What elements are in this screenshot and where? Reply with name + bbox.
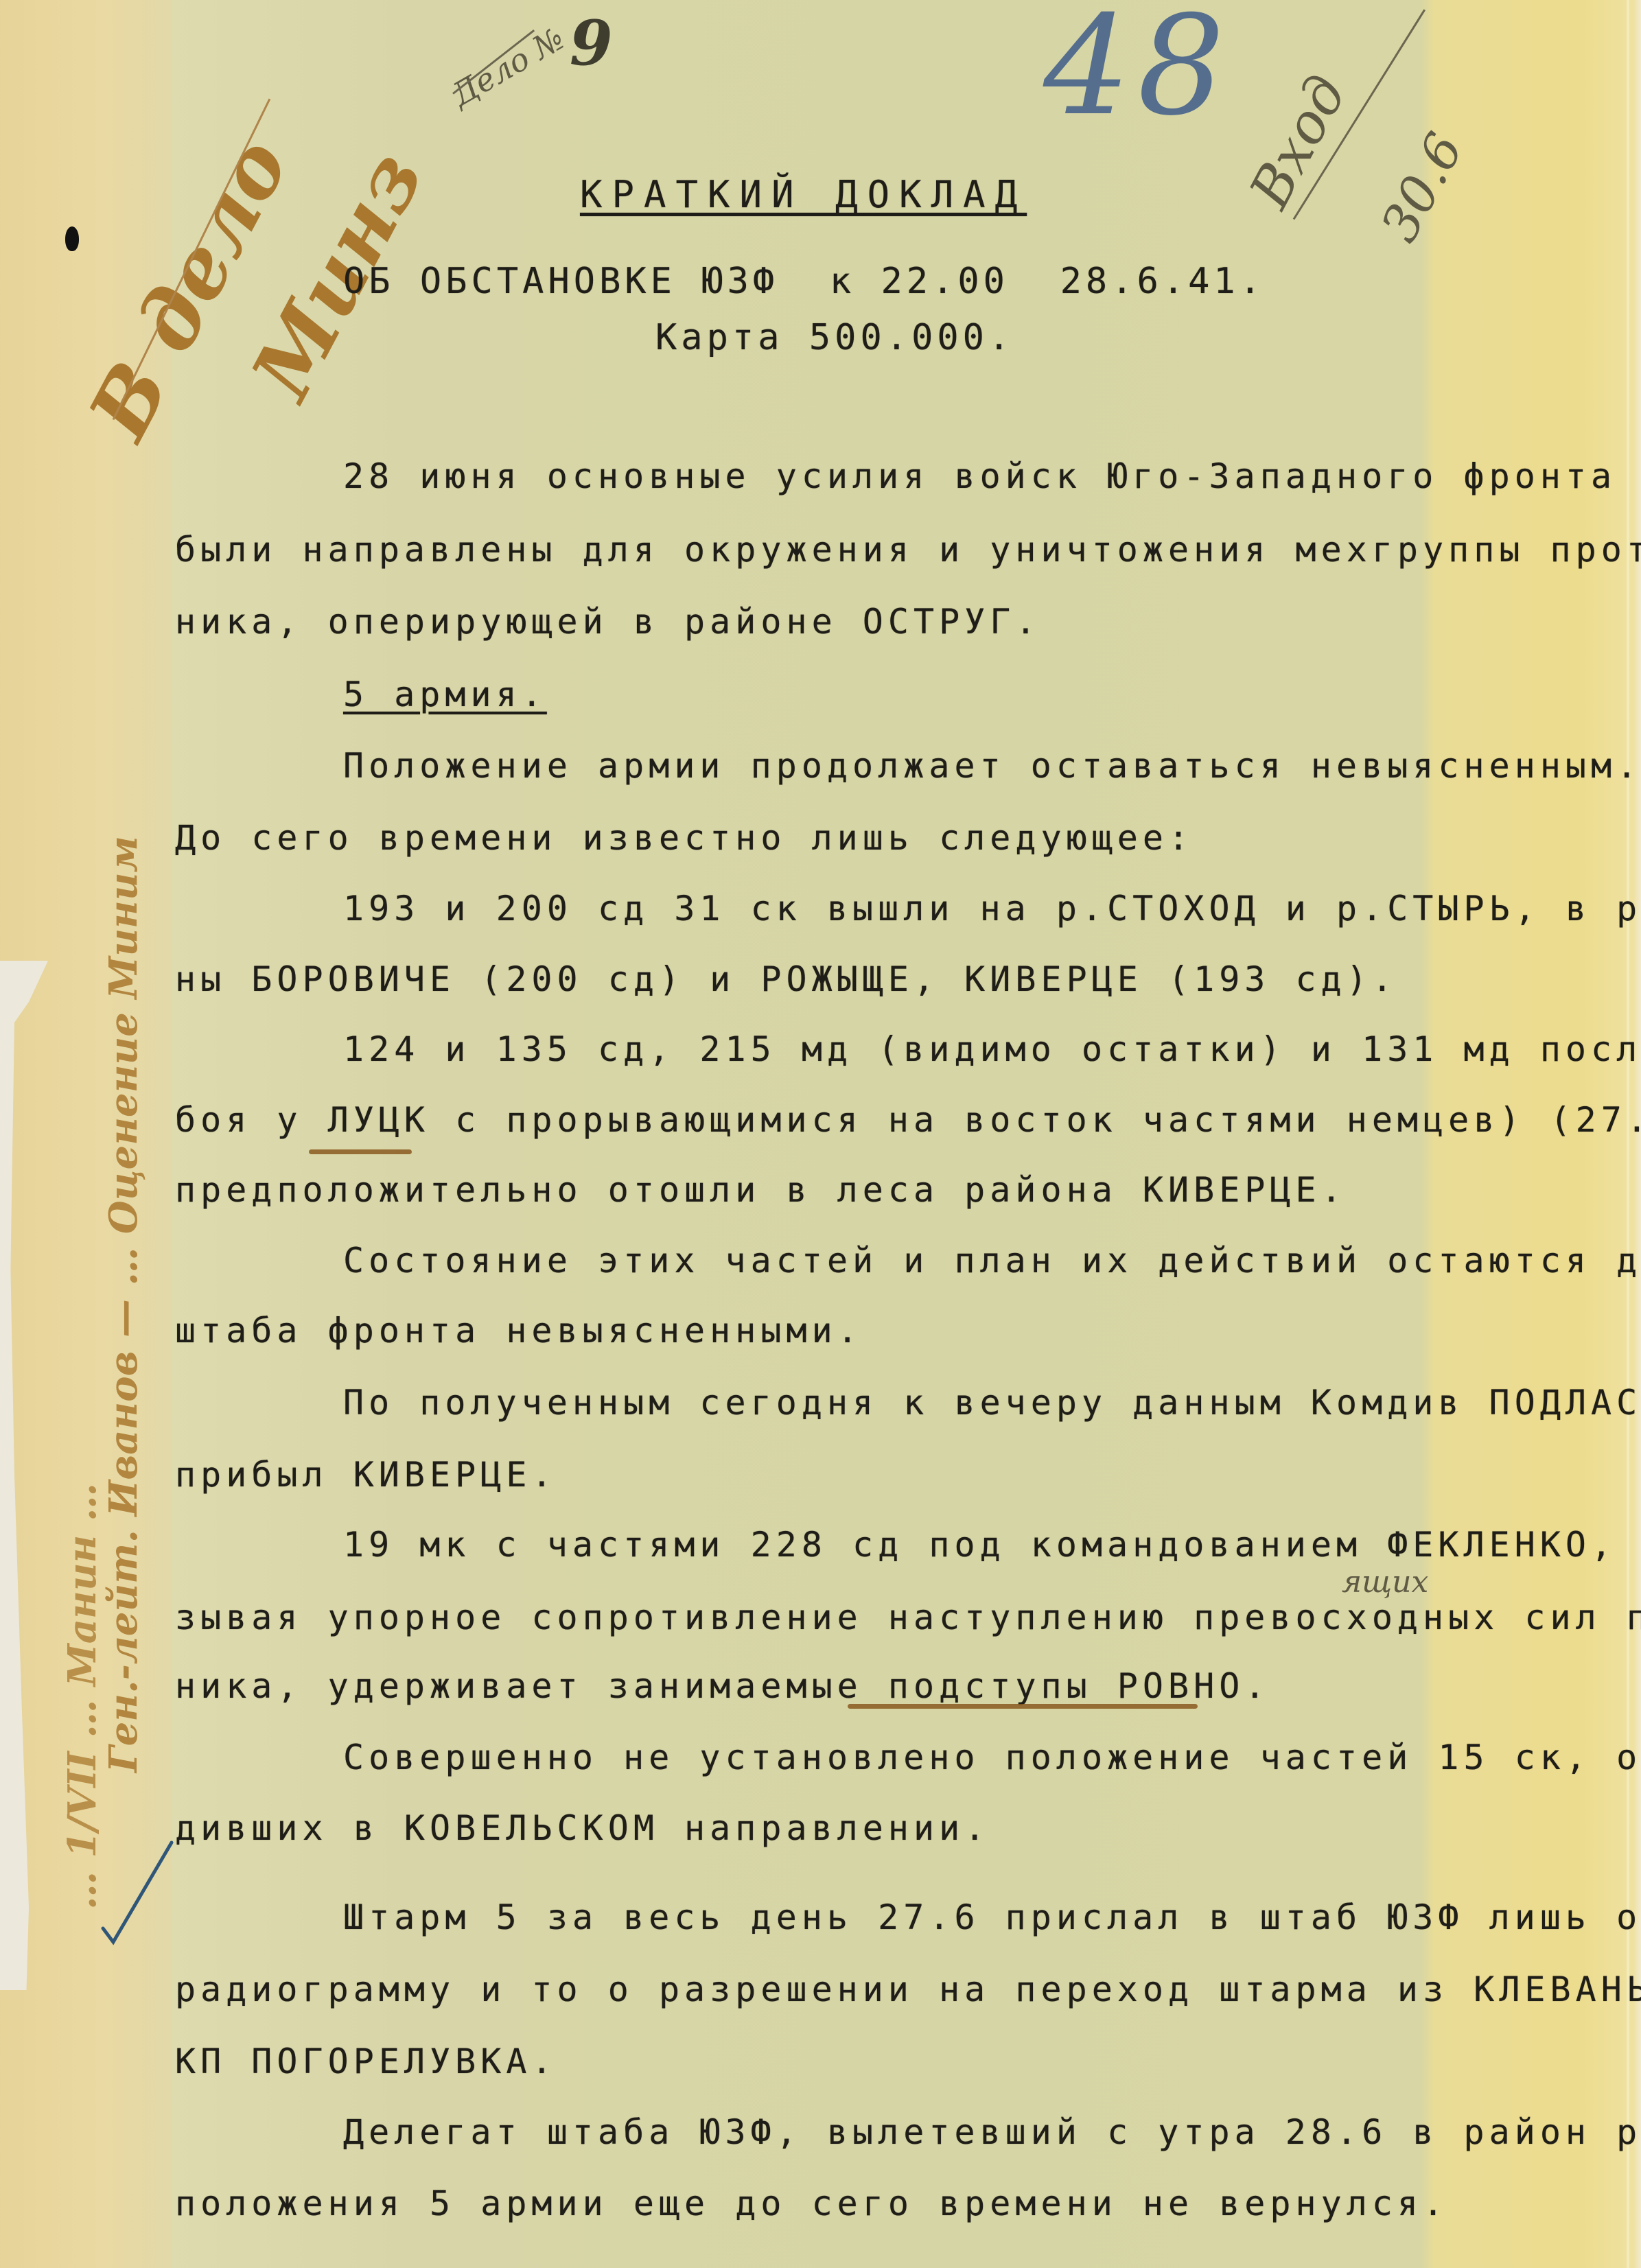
body-line: прибыл КИВЕРЦЕ. [175, 1455, 557, 1495]
body-line: КП ПОГОРЕЛУВКА. [175, 2042, 557, 2081]
document-subtitle: ОБ ОБСТАНОВКЕ ЮЗФ к 22.00 28.6.41. [343, 261, 1265, 302]
body-line: предположительно отошли в леса района КИ… [175, 1170, 1347, 1210]
ochre-underline-rovno [848, 1704, 1198, 1709]
body-line: Штарм 5 за весь день 27.6 прислал в штаб… [343, 1897, 1641, 1937]
ochre-underline-lutsk [309, 1149, 412, 1154]
body-line: 28 июня основные усилия войск Юго-Западн… [343, 456, 1616, 496]
document-title: КРАТКИЙ ДОКЛАД [580, 173, 1027, 216]
case-note: Дело № [445, 20, 571, 114]
body-line: положения 5 армии еще до сего времени не… [175, 2184, 1448, 2223]
body-line: зывая упорное сопротивление наступлению … [175, 1598, 1641, 1637]
page-number: 48 [1043, 0, 1232, 146]
body-line: До сего времени известно лишь следующее: [175, 818, 1194, 858]
margin-note-inner: Ген.-лейт. Иванов — … Оценение Миним [101, 812, 146, 1773]
map-scale: Карта 500.000. [655, 317, 1014, 358]
body-line: По полученным сегодня к вечеру данным Ко… [343, 1383, 1641, 1423]
document-page: Дело № 9 48 Вход 30.6 В дело Минз … 1/VI… [0, 0, 1641, 2268]
body-line: ны БОРОВИЧЕ (200 сд) и РОЖЫЩЕ, КИВЕРЦЕ (… [175, 959, 1397, 999]
body-line: ника, оперирующей в районе ОСТРУГ. [175, 602, 1041, 642]
body-line: штаба фронта невыясненными. [175, 1311, 863, 1351]
pencil-date-note: 30.6 [1370, 124, 1475, 251]
case-number: 9 [570, 7, 613, 80]
document-title-text: КРАТКИЙ ДОКЛАД [580, 173, 1027, 216]
body-line: 19 мк с частями 228 сд под командованием… [343, 1525, 1641, 1565]
body-line: Совершенно не установлено положение част… [343, 1738, 1641, 1777]
punch-hole [65, 226, 79, 251]
body-line: радиограмму и то о разрешении на переход… [175, 1969, 1641, 2009]
pencil-correction-note: ящих [1342, 1565, 1428, 1600]
body-line: были направлены для окружения и уничтоже… [175, 530, 1641, 570]
body-line: дивших в КОВЕЛЬСКОМ направлении. [175, 1808, 990, 1848]
margin-note-outer: … 1/VII … Манин … [60, 949, 105, 1910]
body-line: Положение армии продолжает оставаться не… [343, 746, 1641, 786]
body-line: Состояние этих частей и план их действий… [343, 1241, 1641, 1281]
blue-checkmark-icon [96, 1839, 178, 1976]
body-line: ника, удерживает занимаемые подступы РОВ… [175, 1666, 1270, 1706]
body-line: 124 и 135 сд, 215 мд (видимо остатки) и … [343, 1029, 1641, 1069]
body-line: 193 и 200 сд 31 ск вышли на р.СТОХОД и р… [343, 889, 1641, 928]
section-heading-5-army: 5 армия. [343, 675, 547, 714]
body-line: боя у ЛУЦК с прорывающимися на восток ча… [175, 1100, 1641, 1140]
body-line: Делегат штаба ЮЗФ, вылетевший с утра 28.… [343, 2112, 1641, 2152]
